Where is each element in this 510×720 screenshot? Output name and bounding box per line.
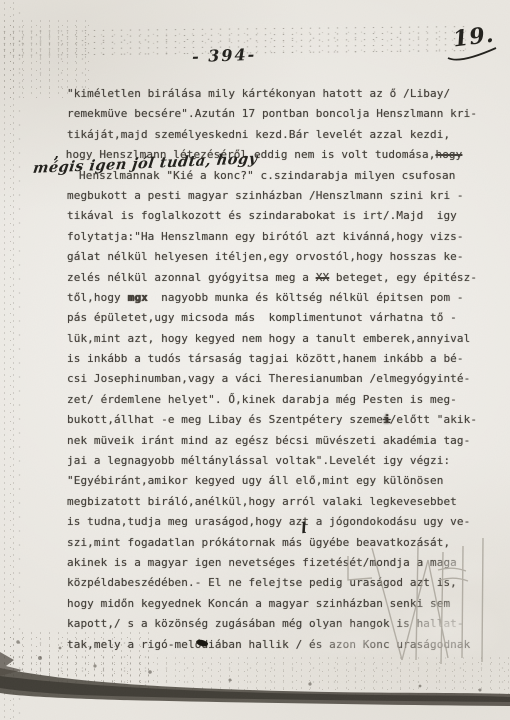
typed-line: folytatja:"Ha Henszlmann egy birótól azt…: [67, 227, 491, 247]
text-segment: nagyobb munka és költség nélkül épitsen …: [148, 291, 464, 304]
text-segment: bukott,állhat -e meg Libay és Szentpéter…: [67, 413, 383, 426]
typed-line: nek müveik iránt mind az egész bécsi müv…: [67, 431, 491, 451]
text-segment: akinek is a magyar igen nevetséges fizet…: [67, 556, 457, 569]
text-segment: folytatja:"Ha Henszlmann egy birótól azt…: [67, 230, 464, 243]
text-segment: kapott,/ s a közönség zugásában még olya…: [67, 617, 464, 630]
typed-line: bukott,állhat -e meg Libay és Szentpéter…: [67, 410, 491, 430]
typed-line: megbizatott biráló,anélkül,hogy arról va…: [67, 492, 491, 512]
typed-line: gálat nélkül helyesen itéljen,egy orvost…: [67, 247, 491, 267]
text-segment: zelés nélkül azonnal gyógyitsa meg a: [67, 271, 316, 284]
text-segment: beteget, egy épitész-: [329, 271, 477, 284]
typed-line: től,hogy mgx nagyobb munka és költség né…: [67, 288, 491, 308]
text-segment: csi Josephinumban,vagy a váci Theresianu…: [67, 372, 470, 385]
typed-line: lük,mint azt, hogy kegyed nem hogy a tan…: [67, 329, 491, 349]
typed-line: "kiméletlen birálása mily kártékonyan ha…: [67, 84, 491, 104]
handwritten-folio-number: 19.: [451, 22, 495, 53]
text-segment: "Egyébiránt,amikor kegyed ugy áll elő,mi…: [67, 474, 443, 487]
text-segment: "kiméletlen birálása mily kártékonyan ha…: [67, 87, 450, 100]
handwritten-page-number: - 394-: [192, 45, 257, 66]
text-segment: remekmüve becsére".Azután 17 pontban bon…: [67, 107, 477, 120]
typed-line: csi Josephinumban,vagy a váci Theresianu…: [67, 369, 491, 389]
struck-text: XX: [316, 271, 329, 284]
text-segment: megbukott a pesti magyar szinházban /Hen…: [67, 189, 464, 202]
text-segment: közpéldabeszédében.- El ne felejtse pedi…: [67, 576, 457, 589]
text-segment: hogy midőn kegyednek Koncán a magyar szi…: [67, 597, 450, 610]
text-segment: gálat nélkül helyesen itéljen,egy orvost…: [67, 250, 464, 263]
typed-line: megbukott a pesti magyar szinházban /Hen…: [67, 186, 491, 206]
typed-line: tak,mely a rigó-melódiában hallik / és a…: [67, 635, 491, 655]
scanned-document-page: { "page": { "folio_number_handwritten": …: [0, 0, 510, 720]
text-segment: lük,mint azt, hogy kegyed nem hogy a tan…: [67, 332, 470, 345]
typed-line: zelés nélkül azonnal gyógyitsa meg a XX …: [67, 268, 491, 288]
overtyped-text: mgx: [128, 291, 148, 304]
text-segment: zet/ érdemlene helyet". Ő,kinek darabja …: [67, 393, 457, 406]
text-segment: is inkább a tudós társaság tagjai között…: [67, 352, 464, 365]
text-segment: is tudna,tudja meg uraságod,hogy azt a j…: [67, 515, 470, 528]
text-segment: szi,mint fogadatlan prókátornak más ügyé…: [67, 536, 450, 549]
text-segment: /előtt "akik-: [390, 413, 477, 426]
struck-text: hogy: [435, 148, 462, 161]
typed-line: pás épületet,ugy micsoda más komplimentu…: [67, 308, 491, 328]
typed-line: "Egyébiránt,amikor kegyed ugy áll elő,mi…: [67, 471, 491, 491]
typed-line: hogy midőn kegyednek Koncán a magyar szi…: [67, 594, 491, 614]
text-segment: jai a legnagyobb méltánylással voltak".L…: [67, 454, 450, 467]
typed-line: zet/ érdemlene helyet". Ő,kinek darabja …: [67, 390, 491, 410]
text-segment: pás épületet,ugy micsoda más komplimentu…: [67, 311, 457, 324]
text-segment: megbizatott biráló,anélkül,hogy arról va…: [67, 495, 457, 508]
overtyped-text: i: [383, 413, 390, 426]
typed-line: tikával is foglalkozott és szindarabokat…: [67, 206, 491, 226]
text-segment: tikáját,majd személyeskedni kezd.Bár lev…: [67, 128, 450, 141]
typed-line: közpéldabeszédében.- El ne felejtse pedi…: [67, 573, 491, 593]
typed-line: tikáját,majd személyeskedni kezd.Bár lev…: [67, 125, 491, 145]
typed-line: kapott,/ s a közönség zugásában még olya…: [67, 614, 491, 634]
typed-line: is inkább a tudós társaság tagjai között…: [67, 349, 491, 369]
text-segment: tak,mely a rigó-melódiában hallik / és a…: [67, 638, 470, 651]
text-segment: nek müveik iránt mind az egész bécsi müv…: [67, 434, 470, 447]
typed-line: szi,mint fogadatlan prókátornak más ügyé…: [67, 533, 491, 553]
text-segment: tikával is foglalkozott és szindarabokat…: [67, 209, 457, 222]
typed-line: remekmüve becsére".Azután 17 pontban bon…: [67, 104, 491, 124]
typed-line: akinek is a magyar igen nevetséges fizet…: [67, 553, 491, 573]
typed-line: is tudna,tudja meg uraságod,hogy azt a j…: [67, 512, 491, 532]
text-segment: től,hogy: [67, 291, 128, 304]
typed-line: jai a legnagyobb méltánylással voltak".L…: [67, 451, 491, 471]
